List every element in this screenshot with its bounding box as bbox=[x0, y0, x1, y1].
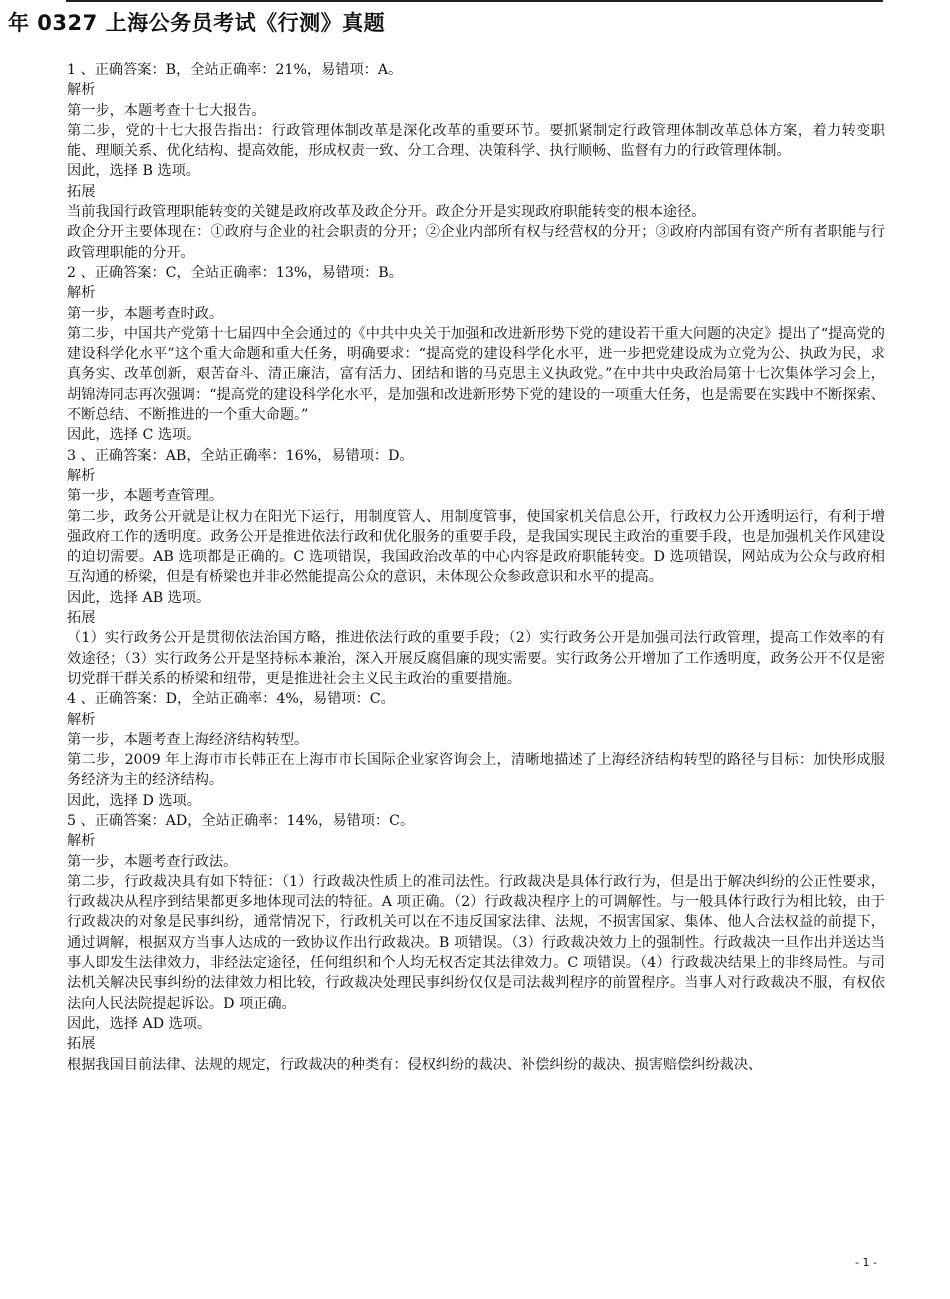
conclusion: 因此，选择 D 选项。 bbox=[67, 791, 885, 811]
extension-paragraph: 根据我国目前法律、法规的规定，行政裁决的种类有：侵权纠纷的裁决、补偿纠纷的裁决、… bbox=[67, 1055, 885, 1075]
question-4: 4 、正确答案：D，全站正确率：4%，易错项：C。 解析 第一步，本题考查上海经… bbox=[67, 689, 885, 811]
step-two: 第二步，中国共产党第十七届四中全会通过的《中共中央关于加强和改进新形势下党的建设… bbox=[67, 324, 885, 425]
extension-paragraph: （1）实行政务公开是贯彻依法治国方略，推进依法行政的重要手段；（2）实行政务公开… bbox=[67, 628, 885, 689]
question-5: 5 、正确答案：AD，全站正确率：14%，易错项：C。 解析 第一步，本题考查行… bbox=[67, 811, 885, 1075]
answer-header: 2 、正确答案：C，全站正确率：13%，易错项：B。 bbox=[67, 263, 885, 283]
extension-label: 拓展 bbox=[67, 182, 885, 202]
page-number: - 1 - bbox=[855, 1256, 877, 1269]
extension-paragraph: 当前我国行政管理职能转变的关键是政府改革及政企分开。政企分开是实现政府职能转变的… bbox=[67, 202, 885, 222]
header-rule bbox=[66, 0, 883, 2]
question-2: 2 、正确答案：C，全站正确率：13%，易错项：B。 解析 第一步，本题考查时政… bbox=[67, 263, 885, 446]
question-1: 1 、正确答案：B，全站正确率：21%，易错项：A。 解析 第一步，本题考查十七… bbox=[67, 60, 885, 263]
answer-header: 3 、正确答案：AB，全站正确率：16%，易错项：D。 bbox=[67, 446, 885, 466]
conclusion: 因此，选择 AB 选项。 bbox=[67, 588, 885, 608]
answer-header: 4 、正确答案：D，全站正确率：4%，易错项：C。 bbox=[67, 689, 885, 709]
step-one: 第一步，本题考查行政法。 bbox=[67, 852, 885, 872]
step-two: 第二步，政务公开就是让权力在阳光下运行，用制度管人、用制度管事，使国家机关信息公… bbox=[67, 507, 885, 588]
conclusion: 因此，选择 AD 选项。 bbox=[67, 1014, 885, 1034]
extension-paragraph: 政企分开主要体现在：①政府与企业的社会职责的分开；②企业内部所有权与经营权的分开… bbox=[67, 222, 885, 263]
step-one: 第一步，本题考查十七大报告。 bbox=[67, 101, 885, 121]
step-one: 第一步，本题考查时政。 bbox=[67, 304, 885, 324]
analysis-label: 解析 bbox=[67, 710, 885, 730]
analysis-label: 解析 bbox=[67, 80, 885, 100]
question-3: 3 、正确答案：AB，全站正确率：16%，易错项：D。 解析 第一步，本题考查管… bbox=[67, 446, 885, 690]
document-title: 年 0327 上海公务员考试《行测》真题 bbox=[8, 8, 385, 38]
step-two: 第二步，党的十七大报告指出：行政管理体制改革是深化改革的重要环节。要抓紧制定行政… bbox=[67, 121, 885, 162]
analysis-label: 解析 bbox=[67, 283, 885, 303]
step-two: 第二步，行政裁决具有如下特征：（1）行政裁决性质上的准司法性。行政裁决是具体行政… bbox=[67, 872, 885, 1014]
answer-header: 1 、正确答案：B，全站正确率：21%，易错项：A。 bbox=[67, 60, 885, 80]
document-body: 1 、正确答案：B，全站正确率：21%，易错项：A。 解析 第一步，本题考查十七… bbox=[67, 60, 885, 1075]
step-one: 第一步，本题考查上海经济结构转型。 bbox=[67, 730, 885, 750]
step-two: 第二步，2009 年上海市市长韩正在上海市市长国际企业家咨询会上，清晰地描述了上… bbox=[67, 750, 885, 791]
extension-label: 拓展 bbox=[67, 1034, 885, 1054]
analysis-label: 解析 bbox=[67, 466, 885, 486]
answer-header: 5 、正确答案：AD，全站正确率：14%，易错项：C。 bbox=[67, 811, 885, 831]
analysis-label: 解析 bbox=[67, 831, 885, 851]
conclusion: 因此，选择 B 选项。 bbox=[67, 161, 885, 181]
extension-label: 拓展 bbox=[67, 608, 885, 628]
conclusion: 因此，选择 C 选项。 bbox=[67, 425, 885, 445]
step-one: 第一步，本题考查管理。 bbox=[67, 486, 885, 506]
